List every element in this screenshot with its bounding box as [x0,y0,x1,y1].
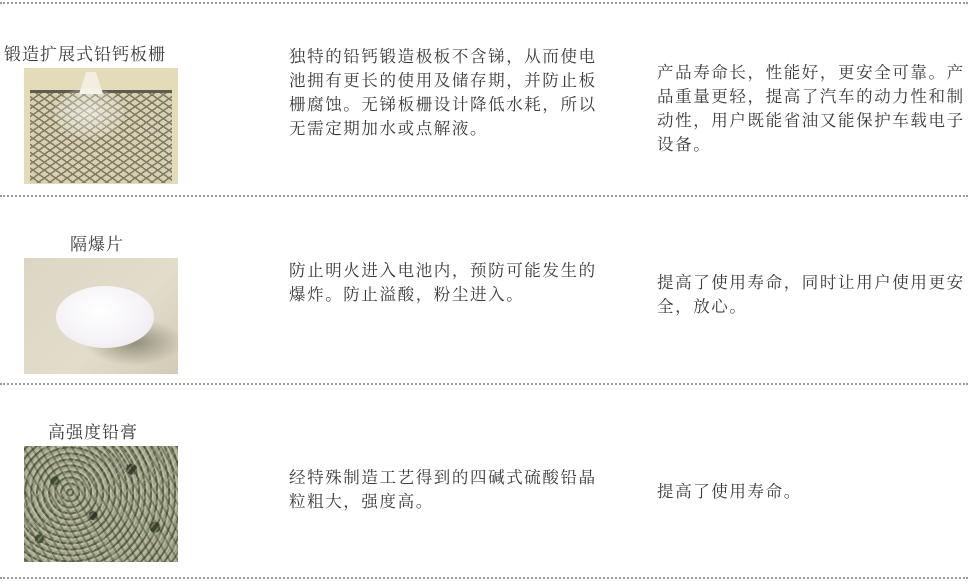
separator-bottom [0,577,968,579]
feature-row-vent: 隔爆片 防止明火进入电池内，预防可能发生的爆炸。防止溢酸，粉尘进入。 提高了使用… [0,196,968,384]
feature-description: 经特殊制造工艺得到的四碱式硫酸铅晶粒粗大，强度高。 [289,466,601,514]
paste-texture [24,446,178,562]
grid-photo [24,68,178,184]
feature-title: 高强度铅膏 [48,418,138,443]
feature-benefit: 提高了使用寿命。 [657,480,967,504]
feature-description: 独特的铅钙锻造极板不含锑，从而使电池拥有更长的使用及储存期，并防止板栅腐蚀。无锑… [289,45,601,141]
photo-highlight [54,88,124,138]
feature-benefit: 产品寿命长，性能好，更安全可靠。产品重量更轻，提高了汽车的动力性和制动性，用户既… [657,61,967,157]
feature-row-grid: 锻造扩展式铅钙板栅 独特的铅钙锻造极板不含锑，从而使电池拥有更长的使用及储存期，… [0,0,968,196]
paste-photo [24,446,178,562]
feature-title: 锻造扩展式铅钙板栅 [4,40,166,65]
feature-title: 隔爆片 [70,230,124,255]
vent-photo [24,258,178,374]
feature-benefit: 提高了使用寿命，同时让用户使用更安全，放心。 [657,271,967,319]
feature-description: 防止明火进入电池内，预防可能发生的爆炸。防止溢酸，粉尘进入。 [289,259,601,307]
vent-cap-image [56,286,154,348]
feature-row-paste: 高强度铅膏 经特殊制造工艺得到的四碱式硫酸铅晶粒粗大，强度高。 提高了使用寿命。 [0,384,968,578]
